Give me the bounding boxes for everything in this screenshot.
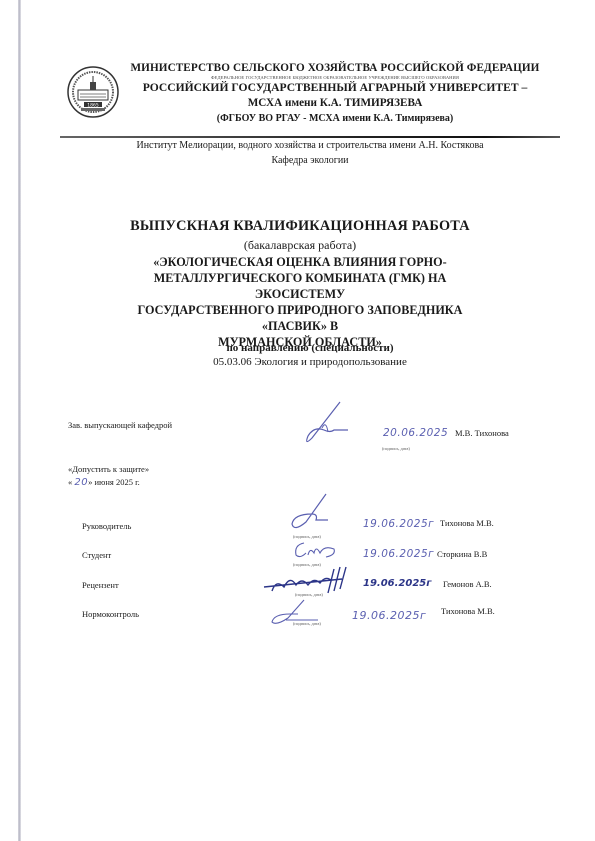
thesis-topic-line: МЕТАЛЛУРГИЧЕСКОГО КОМБИНАТА (ГМК) НА ЭКО… [110, 270, 490, 302]
admit-to-defense-label: «Допустить к защите» [68, 464, 149, 474]
document-subtitle: (бакалаврская работа) [80, 238, 520, 253]
role-reviewer: Рецензент [82, 580, 119, 590]
scan-edge [18, 0, 21, 841]
header-divider [60, 136, 560, 138]
student-date: 19.06.2025г [363, 548, 434, 560]
university-seal-logo: 1865 [66, 64, 120, 124]
supervisor-name: Тихонова М.В. [440, 518, 494, 528]
institution-type: ФЕДЕРАЛЬНОЕ ГОСУДАРСТВЕННОЕ БЮДЖЕТНОЕ ОБ… [125, 75, 545, 80]
institute-name: Институт Мелиорации, водного хозяйства и… [100, 140, 520, 151]
head-date: 20.06.2025 [383, 427, 448, 439]
document-title: ВЫПУСКНАЯ КВАЛИФИКАЦИОННАЯ РАБОТА [80, 218, 520, 235]
role-student: Студент [82, 550, 111, 560]
student-signature [290, 537, 340, 565]
admit-day: 20 [74, 477, 88, 488]
supervisor-signature [288, 492, 348, 534]
reviewer-date: 19.06.2025г [363, 578, 432, 589]
thesis-topic-line: «ЭКОЛОГИЧЕСКАЯ ОЦЕНКА ВЛИЯНИЯ ГОРНО- [110, 254, 490, 270]
thesis-topic: «ЭКОЛОГИЧЕСКАЯ ОЦЕНКА ВЛИЯНИЯ ГОРНО- МЕТ… [110, 254, 490, 350]
thesis-topic-line: ГОСУДАРСТВЕННОГО ПРИРОДНОГО ЗАПОВЕДНИКА … [110, 302, 490, 334]
supervisor-date: 19.06.2025г [363, 518, 434, 530]
role-supervisor: Руководитель [82, 521, 131, 531]
reviewer-caption: (подпись, дата) [295, 592, 323, 597]
norm-control-name: Тихонова М.В. [441, 606, 495, 616]
university-abbreviation: (ФГБОУ ВО РГАУ - МСХА имени К.А. Тимиряз… [125, 113, 545, 124]
role-norm-control: Нормоконтроль [82, 609, 139, 619]
admit-date: « 20» июня 2025 г. [68, 477, 140, 488]
head-signature [300, 400, 360, 445]
student-name: Сторкина В.В [437, 549, 487, 559]
direction-label: по направлению (специальности) [180, 342, 440, 354]
svg-text:1865: 1865 [87, 102, 99, 108]
norm-control-caption: (подпись, дата) [293, 621, 321, 626]
direction-value: 05.03.06 Экология и природопользование [170, 356, 450, 368]
reviewer-name: Гемонов А.В. [443, 579, 492, 589]
admit-month-year: » июня 2025 г. [88, 477, 140, 487]
university-name-line1: РОССИЙСКИЙ ГОСУДАРСТВЕННЫЙ АГРАРНЫЙ УНИВ… [125, 81, 545, 94]
head-name: М.В. Тихонова [455, 428, 509, 438]
norm-control-date: 19.06.2025г [352, 609, 426, 622]
ministry-name: МИНИСТЕРСТВО СЕЛЬСКОГО ХОЗЯЙСТВА РОССИЙС… [125, 62, 545, 74]
university-name-line2: МСХА имени К.А. ТИМИРЯЗЕВА [125, 97, 545, 109]
head-of-department-label: Зав. выпускающей кафедрой [68, 420, 172, 430]
head-caption: (подпись, дата) [382, 446, 410, 451]
department-name: Кафедра экологии [100, 155, 520, 166]
